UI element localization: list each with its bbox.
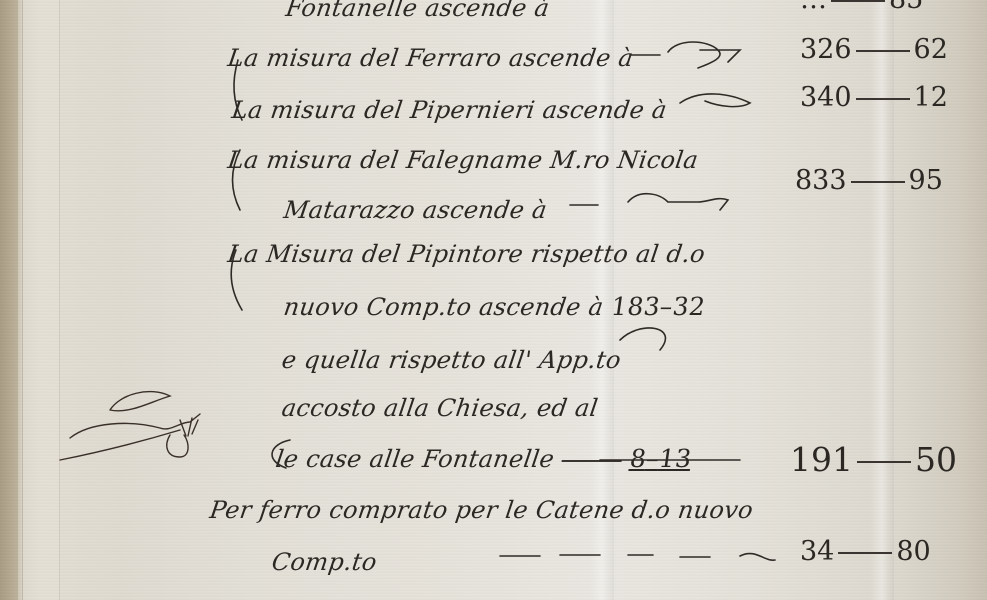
entry-line-text: le case alle Fontanelle <box>274 445 556 473</box>
amount-minor: 50 <box>915 440 957 479</box>
amount-separator <box>856 50 910 52</box>
amount-separator <box>831 0 885 2</box>
entry-amount: …85 <box>800 0 923 15</box>
entry-line: le case alle Fontanelle 8–13 <box>274 444 694 473</box>
amount-major: 340 <box>800 82 852 113</box>
entry-line: La misura del Pipernieri ascende à <box>230 96 669 124</box>
entry-line: Per ferro comprato per le Catene d.o nuo… <box>208 496 755 524</box>
entry-amount: 3480 <box>800 536 931 567</box>
amount-minor: 62 <box>914 34 948 65</box>
entry-line: accosto alla Chiesa, ed al <box>280 394 600 422</box>
amount-minor: 95 <box>909 165 943 196</box>
amount-major: 191 <box>790 440 853 479</box>
entry-amount: 83395 <box>795 165 943 196</box>
sub-amount: 8–13 <box>628 444 694 473</box>
entry-line-text: nuovo Comp.to ascende à <box>282 293 605 321</box>
entry-line: La misura del Ferraro ascende à <box>226 44 635 72</box>
sub-amount: 183–32 <box>609 292 707 321</box>
entry-amount: 19150 <box>790 440 957 479</box>
amount-minor: 80 <box>896 536 930 567</box>
entry-line: Matarazzo ascende à <box>282 196 549 224</box>
amount-separator <box>857 461 911 463</box>
amount-major: 326 <box>800 34 852 65</box>
entry-line: e quella rispetto all' App.to <box>280 346 623 374</box>
amount-separator <box>856 98 910 100</box>
entry-line: Comp.to <box>270 548 379 576</box>
amount-major: 833 <box>795 165 847 196</box>
page-binding-edge <box>0 0 18 600</box>
entry-line: La Misura del Pipintore rispetto al d.o <box>226 240 707 268</box>
entry-line: nuovo Comp.to ascende à 183–32 <box>282 292 707 321</box>
amount-major: … <box>800 0 827 15</box>
paper-deckle-margin <box>22 0 60 600</box>
amount-separator <box>851 181 905 183</box>
amount-minor: 12 <box>914 82 948 113</box>
entry-line: La misura del Falegname M.ro Nicola <box>226 146 700 174</box>
entry-amount: 34012 <box>800 82 948 113</box>
manuscript-page: Fontanelle ascende à …85 La misura del F… <box>0 0 987 600</box>
signature-flourish-icon <box>50 380 220 470</box>
entry-line: Fontanelle ascende à <box>284 0 551 22</box>
amount-minor: 85 <box>889 0 923 15</box>
amount-major: 34 <box>800 536 834 567</box>
amount-separator <box>838 552 892 554</box>
entry-amount: 32662 <box>800 34 948 65</box>
